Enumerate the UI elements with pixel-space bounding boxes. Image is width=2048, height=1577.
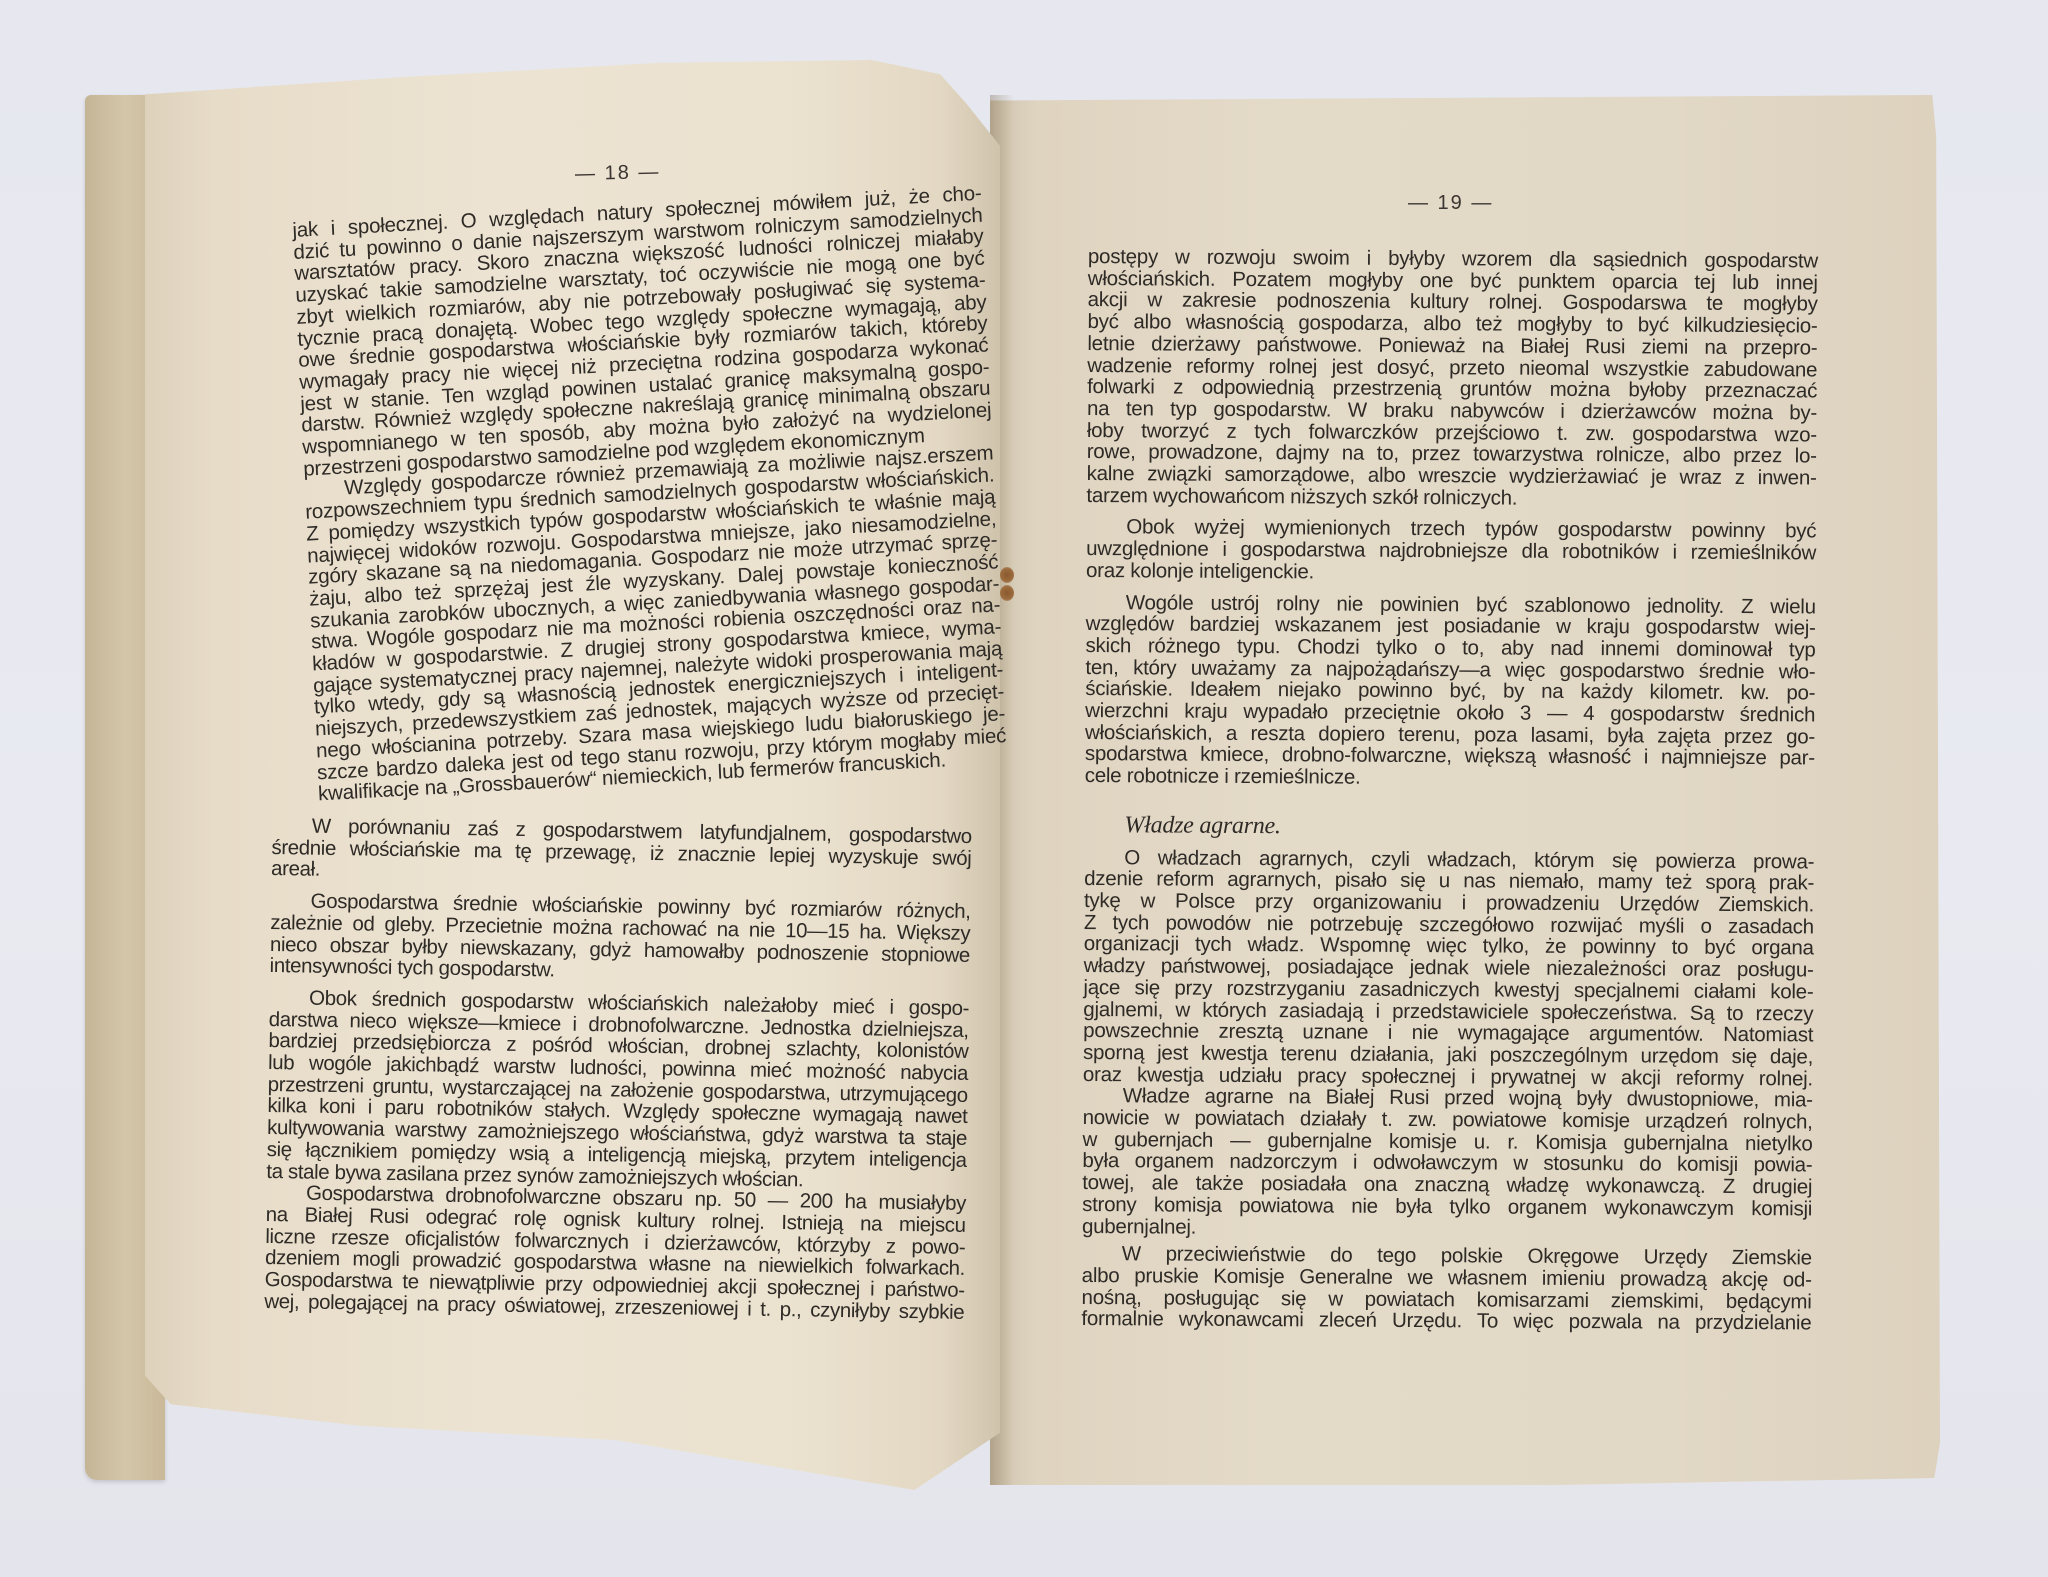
stain-mark bbox=[1000, 567, 1014, 583]
right-page-text-upper: postępy w rozwoju swoim i byłyby wzorem … bbox=[1081, 246, 1818, 1334]
text-line: formalnie wykonawcami zleceń Urzędu. To … bbox=[1081, 1308, 1811, 1334]
left-page-text-lower: W porównaniu zaś z gospodarstwem latyfun… bbox=[264, 815, 972, 1323]
section-heading: Władze agrarne. bbox=[1084, 815, 1814, 841]
page-number-left: — 18 — bbox=[575, 161, 661, 186]
page-number-right: — 19 — bbox=[1408, 192, 1493, 215]
stain-mark bbox=[1000, 585, 1014, 601]
open-book: — 18 — — 19 — jak i społecznej. O względ… bbox=[0, 0, 2048, 1577]
left-page-text-upper: jak i społecznej. O względach natury spo… bbox=[292, 183, 1008, 806]
text-line: cele robotnicze i rzemieślnicze. bbox=[1085, 765, 1815, 791]
